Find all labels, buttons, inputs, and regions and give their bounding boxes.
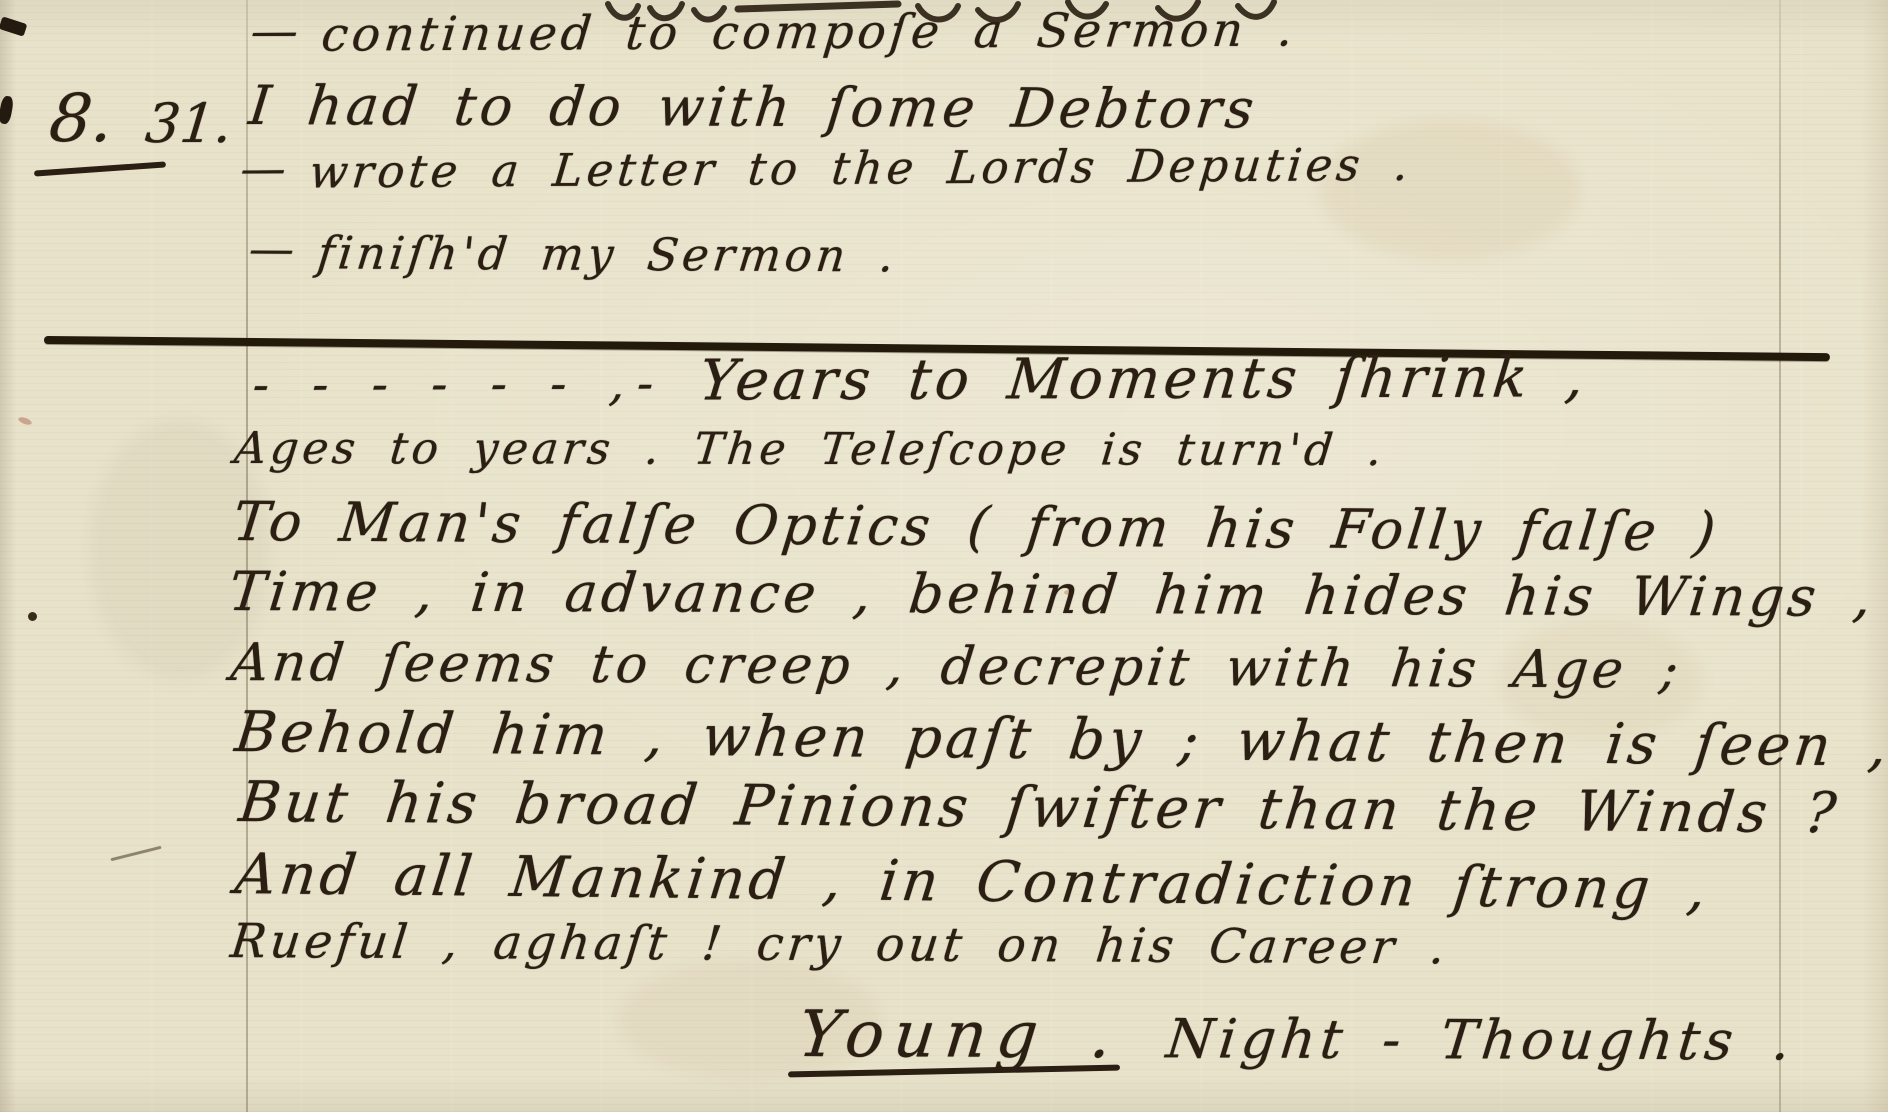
- poem-line: Rueful , aghaſt ! cry out on his Career …: [228, 916, 1452, 975]
- entry-dash: —: [248, 6, 304, 59]
- diary-entry-line: I had to do with ſome Debtors: [246, 76, 1261, 140]
- diary-entry-text: continued to compoſe a Sermon .: [319, 3, 1300, 63]
- poem-line-text: And ſeems to creep , decrepit with his A…: [228, 633, 1685, 701]
- poem-line-text: Behold him , when paſt by ; what then is…: [232, 700, 1888, 779]
- date-day: 31.: [143, 92, 236, 155]
- poem-line: - - - - - - ,-Years to Moments ſhrink ,: [250, 347, 1591, 414]
- entry-dash: —: [238, 144, 292, 195]
- diary-entry-text: I had to do with ſome Debtors: [246, 74, 1261, 141]
- diary-entry-text: wrote a Letter to the Lords Deputies .: [307, 138, 1415, 199]
- poem-line: And all Mankind , in Contradiction ſtron…: [232, 844, 1713, 922]
- entry-dash: —: [246, 224, 301, 275]
- ink-dot: [28, 612, 37, 621]
- poem-line-text: To Man's falſe Optics ( from his Folly f…: [230, 490, 1723, 563]
- diary-entry-line: —wrote a Letter to the Lords Deputies .: [238, 140, 1415, 199]
- poem-line-text: But his broad Pinions ſwifter than the W…: [236, 770, 1843, 846]
- red-speck: [17, 416, 32, 426]
- diary-entry-line: —continued to compoſe a Sermon .: [248, 5, 1299, 63]
- edge-ink-mark: [0, 95, 14, 125]
- attribution-author: Young .: [795, 998, 1125, 1073]
- attribution-work: Night - Thoughts .: [1163, 1007, 1798, 1072]
- diary-entry-line: —finiſh'd my Sermon .: [246, 228, 900, 282]
- edge-ink-mark: [0, 16, 27, 36]
- poem-line: To Man's falſe Optics ( from his Folly f…: [230, 492, 1722, 563]
- manuscript-page: —continued to compoſe a Sermon . 8. 31. …: [0, 0, 1888, 1112]
- right-margin-line: [1779, 0, 1781, 1112]
- month-strike: [34, 161, 166, 176]
- poem-line-text: And all Mankind , in Contradiction ſtron…: [232, 842, 1713, 922]
- diary-entry-text: finiſh'd my Sermon .: [315, 226, 901, 282]
- poem-line-text: Ages to years . The Teleſcope is turn'd …: [232, 423, 1388, 476]
- stray-stroke: [110, 846, 161, 861]
- poem-line: And ſeems to creep , decrepit with his A…: [228, 634, 1685, 700]
- poem-line: Time , in advance , behind him hides his…: [226, 562, 1878, 628]
- poem-attribution: Young .Night - Thoughts .: [795, 1000, 1799, 1075]
- leader-dashes: - - - - - - ,-: [250, 356, 668, 413]
- poem-line: Behold him , when paſt by ; what then is…: [232, 702, 1888, 779]
- poem-line: Ages to years . The Teleſcope is turn'd …: [232, 424, 1388, 475]
- poem-line: But his broad Pinions ſwifter than the W…: [236, 772, 1843, 846]
- poem-line-text: Rueful , aghaſt ! cry out on his Career …: [228, 914, 1452, 975]
- poem-line-text: Years to Moments ſhrink ,: [696, 345, 1590, 413]
- date-month: 8.: [46, 80, 117, 157]
- poem-line-text: Time , in advance , behind him hides his…: [226, 560, 1878, 629]
